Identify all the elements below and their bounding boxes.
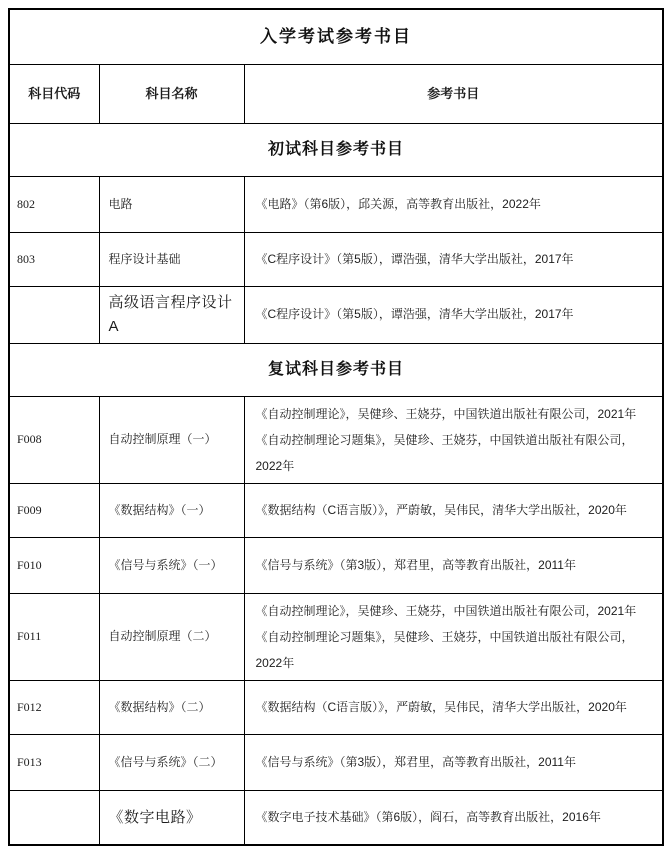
subject-name-cell: 《数据结构》（二） — [99, 681, 244, 735]
table-row: 802 电路 《电路》（第6版），邱关源，高等教育出版社，2022年 — [9, 177, 663, 233]
table-row: F011 自动控制原理（二） 《自动控制理论》，吴健珍、王娆芬，中国铁道出版社有… — [9, 594, 663, 681]
section-header-initial: 初试科目参考书目 — [9, 124, 663, 177]
subject-name-cell: 《信号与系统》（一） — [99, 538, 244, 594]
page-title: 入学考试参考书目 — [9, 9, 663, 65]
subject-code-cell: F011 — [9, 594, 99, 681]
column-header-ref: 参考书目 — [244, 65, 663, 124]
column-header-name: 科目名称 — [99, 65, 244, 124]
subject-code-cell: F013 — [9, 735, 99, 791]
reference-book-table: 入学考试参考书目 科目代码 科目名称 参考书目 初试科目参考书目 802 电路 … — [8, 8, 664, 846]
subject-code-cell — [9, 791, 99, 846]
reference-cell: 《信号与系统》（第3版），郑君里，高等教育出版社，2011年 — [244, 735, 663, 791]
subject-name-cell: 自动控制原理（二） — [99, 594, 244, 681]
subject-code-cell: 803 — [9, 233, 99, 287]
table-row: F009 《数据结构》（一） 《数据结构（C语言版）》，严蔚敏，吴伟民，清华大学… — [9, 484, 663, 538]
subject-code-cell — [9, 287, 99, 344]
subject-name-cell: 自动控制原理（一） — [99, 397, 244, 484]
table-row: F008 自动控制原理（一） 《自动控制理论》，吴健珍、王娆芬，中国铁道出版社有… — [9, 397, 663, 484]
table-row: F012 《数据结构》（二） 《数据结构（C语言版）》，严蔚敏，吴伟民，清华大学… — [9, 681, 663, 735]
table-row: F010 《信号与系统》（一） 《信号与系统》（第3版），郑君里，高等教育出版社… — [9, 538, 663, 594]
subject-code-cell: F012 — [9, 681, 99, 735]
subject-name-cell: 高级语言程序设计A — [99, 287, 244, 344]
table-row: 高级语言程序设计A 《C程序设计》（第5版），谭浩强，清华大学出版社，2017年 — [9, 287, 663, 344]
section-row-initial-exam: 初试科目参考书目 — [9, 124, 663, 177]
subject-code-cell: F009 — [9, 484, 99, 538]
reference-cell: 《数据结构（C语言版）》，严蔚敏，吴伟民，清华大学出版社，2020年 — [244, 484, 663, 538]
subject-code-cell: F008 — [9, 397, 99, 484]
table-row: 803 程序设计基础 《C程序设计》（第5版），谭浩强，清华大学出版社，2017… — [9, 233, 663, 287]
table-row: 《数字电路》 《数字电子技术基础》（第6版），阎石，高等教育出版社，2016年 — [9, 791, 663, 846]
subject-name-cell: 程序设计基础 — [99, 233, 244, 287]
column-header-row: 科目代码 科目名称 参考书目 — [9, 65, 663, 124]
section-row-retest-exam: 复试科目参考书目 — [9, 344, 663, 397]
reference-cell: 《C程序设计》（第5版），谭浩强，清华大学出版社，2017年 — [244, 287, 663, 344]
subject-name-cell: 电路 — [99, 177, 244, 233]
title-row: 入学考试参考书目 — [9, 9, 663, 65]
reference-cell: 《自动控制理论》，吴健珍、王娆芬，中国铁道出版社有限公司，2021年 《自动控制… — [244, 397, 663, 484]
reference-cell: 《数据结构（C语言版）》，严蔚敏，吴伟民，清华大学出版社，2020年 — [244, 681, 663, 735]
reference-cell: 《C程序设计》（第5版），谭浩强，清华大学出版社，2017年 — [244, 233, 663, 287]
table-row: F013 《信号与系统》（二） 《信号与系统》（第3版），郑君里，高等教育出版社… — [9, 735, 663, 791]
subject-code-cell: 802 — [9, 177, 99, 233]
reference-cell: 《信号与系统》（第3版），郑君里，高等教育出版社，2011年 — [244, 538, 663, 594]
subject-name-cell: 《数字电路》 — [99, 791, 244, 846]
reference-cell: 《电路》（第6版），邱关源，高等教育出版社，2022年 — [244, 177, 663, 233]
column-header-code: 科目代码 — [9, 65, 99, 124]
section-header-retest: 复试科目参考书目 — [9, 344, 663, 397]
reference-cell: 《自动控制理论》，吴健珍、王娆芬，中国铁道出版社有限公司，2021年 《自动控制… — [244, 594, 663, 681]
subject-code-cell: F010 — [9, 538, 99, 594]
reference-cell: 《数字电子技术基础》（第6版），阎石，高等教育出版社，2016年 — [244, 791, 663, 846]
subject-name-cell: 《信号与系统》（二） — [99, 735, 244, 791]
subject-name-cell: 《数据结构》（一） — [99, 484, 244, 538]
